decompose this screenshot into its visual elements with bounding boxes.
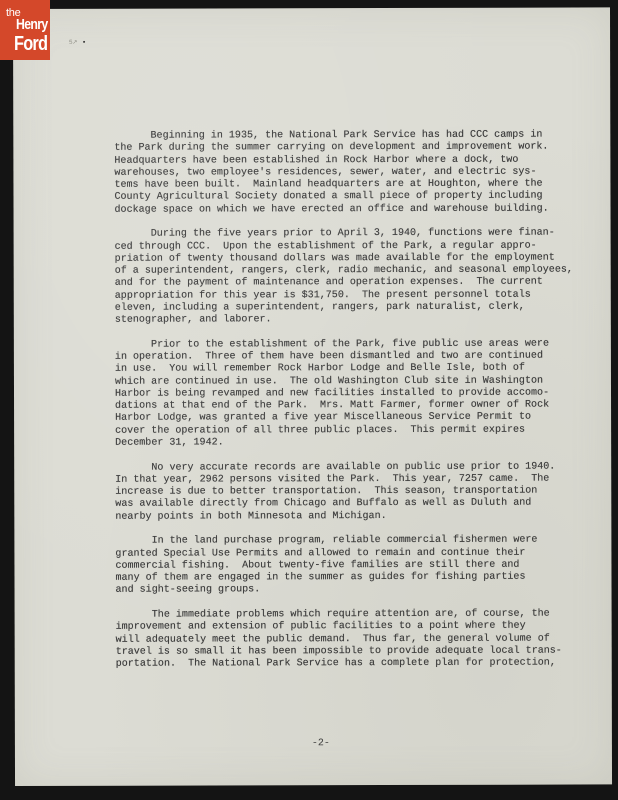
document-page: 5↗ Beginning in 1935, the National Park … — [13, 7, 612, 786]
text-line: and sight-seeing groups. — [116, 584, 596, 598]
text-line: which are continued in use. The old Wash… — [115, 375, 595, 389]
text-line: eleven, including a superintendent, rang… — [115, 301, 595, 315]
text-line: appropriation for this year is $31,750. … — [115, 289, 595, 303]
text-line: and for the payment of maintenance and o… — [115, 277, 595, 291]
text-line: portation. The National Park Service has… — [116, 657, 596, 671]
text-line: Harbor Lodge, was granted a five year Mi… — [115, 412, 595, 426]
text-line: will adequately meet the public demand. … — [116, 633, 596, 647]
text-line: cover the operation of all three public … — [115, 424, 595, 438]
page-number: -2- — [312, 738, 330, 749]
text-line: nearby points in both Minnesota and Mich… — [115, 510, 595, 524]
text-line: No very accurate records are available o… — [115, 461, 595, 475]
text-line: the Park during the summer carrying on d… — [114, 142, 594, 156]
text-line: was available directly from Chicago and … — [115, 498, 595, 512]
paragraph: Beginning in 1935, the National Park Ser… — [114, 129, 594, 216]
text-line: County Agricultural Society donated a sm… — [114, 191, 594, 205]
text-line: many of them are engaged in the summer a… — [115, 571, 595, 585]
paragraph: During the five years prior to April 3, … — [115, 228, 595, 327]
logo-henry: Henry — [16, 16, 48, 33]
text-line: In the land purchase program, reliable c… — [115, 535, 595, 549]
paragraph: No very accurate records are available o… — [115, 461, 595, 524]
paragraph: Prior to the establishment of the Park, … — [115, 338, 595, 450]
text-line: During the five years prior to April 3, … — [115, 228, 595, 242]
ink-dot-icon — [83, 41, 85, 43]
logo-ford: Ford — [14, 33, 47, 56]
pencil-mark: 5↗ — [69, 40, 77, 46]
margin-mark: 5↗ — [69, 39, 85, 46]
paragraph: In the land purchase program, reliable c… — [115, 535, 595, 598]
typed-body-text: Beginning in 1935, the National Park Ser… — [114, 129, 595, 683]
text-line: stenographer, and laborer. — [115, 313, 595, 327]
text-line: December 31, 1942. — [115, 436, 595, 450]
paragraph: The immediate problems which require att… — [116, 608, 596, 671]
text-line: dockage space on which we have erected a… — [115, 203, 595, 217]
text-line: improvement and extension of public faci… — [116, 621, 596, 635]
text-line: ced through CCC. Upon the establishment … — [115, 240, 595, 254]
henry-ford-logo: the Henry Ford — [0, 0, 50, 60]
text-line: granted Special Use Permits and allowed … — [115, 547, 595, 561]
text-line: in use. You will remember Rock Harbor Lo… — [115, 363, 595, 377]
